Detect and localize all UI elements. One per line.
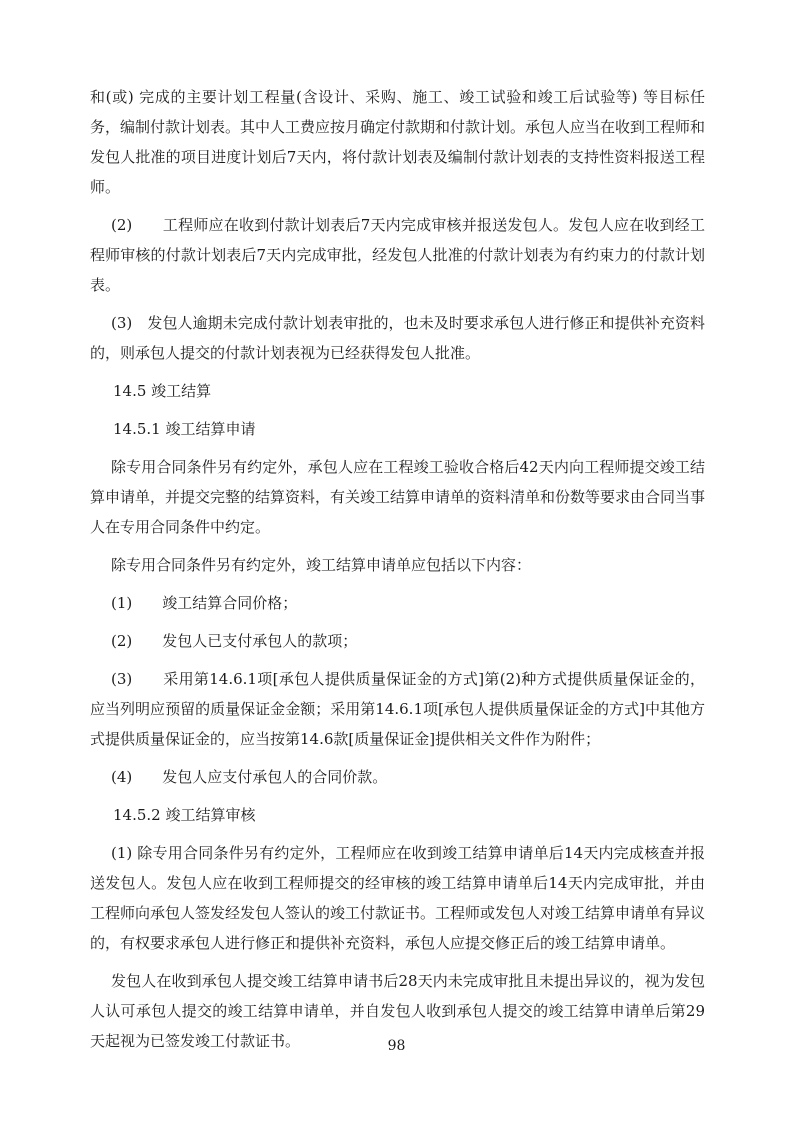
paragraph-clause-2: (2) 工程师应在收到付款计划表后7天内完成审核并报送发包人。发包人应在收到经工… <box>90 210 705 300</box>
paragraph-settlement-application: 除专用合同条件另有约定外，承包人应在工程竣工验收合格后42天内向工程师提交竣工结… <box>90 452 705 542</box>
heading-14-5-1: 14.5.1 竣工结算申请 <box>90 414 705 444</box>
paragraph-settlement-review-1: (1) 除专用合同条件另有约定外，工程师应在收到竣工结算申请单后14天内完成核查… <box>90 838 705 958</box>
paragraph-payment-schedule-continuation: 和(或) 完成的主要计划工程量(含设计、采购、施工、竣工试验和竣工后试验等) 等… <box>90 82 705 202</box>
document-page: 和(或) 完成的主要计划工程量(含设计、采购、施工、竣工试验和竣工后试验等) 等… <box>0 0 793 1122</box>
paragraph-clause-3: (3) 发包人逾期未完成付款计划表审批的，也未及时要求承包人进行修正和提供补充资… <box>90 308 705 368</box>
list-item-1: (1) 竣工结算合同价格； <box>90 588 705 618</box>
list-item-3: (3) 采用第14.6.1项[承包人提供质量保证金的方式]第(2)种方式提供质量… <box>90 664 705 754</box>
heading-14-5-2: 14.5.2 竣工结算审核 <box>90 800 705 830</box>
paragraph-settlement-contents-intro: 除专用合同条件另有约定外，竣工结算申请单应包括以下内容： <box>90 550 705 580</box>
list-item-2: (2) 发包人已支付承包人的款项； <box>90 626 705 656</box>
page-number: 98 <box>0 1036 793 1056</box>
list-item-4: (4) 发包人应支付承包人的合同价款。 <box>90 762 705 792</box>
heading-14-5: 14.5 竣工结算 <box>90 376 705 406</box>
